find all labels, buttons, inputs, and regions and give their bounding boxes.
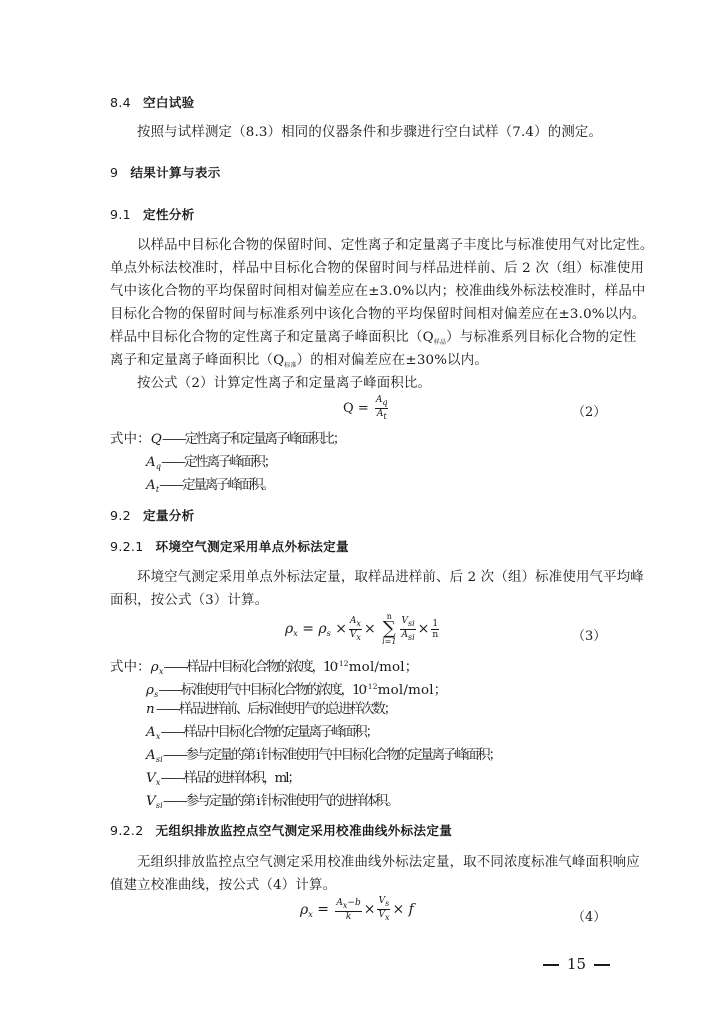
page-dash-right [594,964,610,966]
symbol: Vx [146,771,161,791]
formula-intro: 按公式（2）计算定性离子和定量离子峰面积比。 [137,376,647,392]
where-label: 式中： [110,432,151,447]
section-title: 无组织排放监控点空气测定采用校准曲线外标法定量 [156,823,453,838]
section-title: 环境空气测定采用单点外标法定量 [156,539,349,554]
equation-number-2: （2） [572,401,606,420]
unit: mol/mol； [349,660,419,675]
formula-2: Q = Aq At [343,395,390,422]
text-segment: 离子和定量离子峰面积比（Q [110,353,284,368]
times-sign: × [418,621,430,637]
section-title: 结果计算与表示 [130,165,220,180]
definition-row: Vx——样品的进样体积，ml； [146,771,656,791]
symbol: Asi [146,748,163,768]
equation-number-3: （3） [572,625,606,644]
definition-row: 式中：ρx——样品中目标化合物的浓度，10-12mol/mol； [110,656,620,680]
symbol: Q [151,432,162,448]
definition-row: Aq——定性离子峰面积； [146,455,656,475]
definition-text: ——样品中目标化合物的定量离子峰面积； [161,725,377,740]
definition-text: ——定性离子和定量离子峰面积比； [162,432,344,447]
section-heading-9: 9结果计算与表示 [110,165,620,181]
symbol: Vsi [146,794,163,814]
definition-text: ——样品进样前、后标准使用气的总进样次数； [156,702,395,717]
unit: mol/mol； [378,683,448,698]
summation: n ∑ i=1 [382,612,396,646]
document-page: 8.4空白试验 按照与试样测定（8.3）相同的仪器条件和步骤进行空白试样（7.4… [0,0,724,1024]
denominator: At [375,409,389,422]
page-number-value: 15 [567,955,586,973]
subscript-standard: 标准 [284,362,296,369]
fraction: 1 n [431,619,439,640]
definition-text: ——定性离子峰面积； [161,455,275,470]
symbol: ρs [146,683,158,703]
text-segment: 样品中目标化合物的定性离子和定量离子峰面积比（Q [110,330,434,345]
fraction: Vs Vx [377,896,390,923]
symbol: ρx [151,660,164,680]
definition-text: ——定量离子峰面积。 [159,478,273,493]
numerator: Aq [375,395,389,409]
paragraph-line: 以样品中目标化合物的保留时间、定性离子和定量离子丰度比与标准使用气对比定性。 [137,238,620,254]
times-sign: × [335,621,347,637]
section-heading-9-2: 9.2定量分析 [110,508,620,524]
fraction: Ax Vx [349,616,362,643]
superscript: -12 [365,682,378,691]
symbol: Ax [146,725,161,745]
symbol: At [146,478,159,498]
text-segment: ）的相对偏差应在±30%以内。 [297,353,488,368]
sum-lower: i=1 [382,637,396,646]
paragraph-line: 气中该化合物的平均保留时间相对偏差应在±3.0%以内；校准曲线外标法校准时，样品… [110,284,620,300]
section-number: 9.1 [110,207,131,223]
paragraph-line: 环境空气测定采用单点外标法定量，取样品进样前、后 2 次（组）标准使用气平均峰 [137,570,620,586]
paragraph-8-4: 按照与试样测定（8.3）相同的仪器条件和步骤进行空白试样（7.4）的测定。 [137,125,647,141]
fraction: Aq At [375,395,389,422]
text-segment: ）与标准系列目标化合物的定性 [446,330,636,345]
times-sign: × [364,621,376,637]
formula-lhs: Q [343,401,354,416]
section-number: 9 [110,165,118,181]
section-title: 定量分析 [143,508,195,523]
where-label: 式中： [110,660,151,675]
definition-row: ρs——标准使用气中目标化合物的浓度，10-12mol/mol； [146,679,656,703]
definition-text: ——参与定量的第 i 针标准使用气的进样体积。 [163,794,398,809]
section-number: 9.2.1 [110,539,144,555]
definition-text: ——参与定量的第 i 针标准使用气中目标化合物的定量离子峰面积； [163,748,500,763]
section-number: 9.2 [110,508,131,524]
section-heading-9-2-1: 9.2.1环境空气测定采用单点外标法定量 [110,539,620,555]
formula-equals: = [302,621,314,637]
page-dash-left [543,964,559,966]
section-number: 9.2.2 [110,823,144,839]
definition-row: Ax——样品中目标化合物的定量离子峰面积； [146,725,656,745]
definition-text: ——样品中目标化合物的浓度，10 [164,660,337,675]
section-heading-8-4: 8.4空白试验 [110,95,620,111]
formula-equals: = [317,902,329,918]
paragraph-line: 值建立校准曲线，按公式（4）计算。 [110,878,620,894]
paragraph-line: 目标化合物的保留时间与标准系列中该化合物的平均保留时间相对偏差应在±3.0%以内… [110,307,620,323]
rho-s: ρs [318,621,330,637]
paragraph-line: 离子和定量离子峰面积比（Q标准）的相对偏差应在±30%以内。 [110,353,620,374]
section-number: 8.4 [110,95,131,111]
subscript-sample: 样晶 [434,339,446,346]
formula-4: ρx = Ax−b k × Vs Vx × f [300,896,414,923]
section-heading-9-1: 9.1定性分析 [110,207,620,223]
section-title: 定性分析 [143,207,195,222]
definition-text: ——样品的进样体积，ml； [161,771,299,786]
symbol: n [146,702,156,718]
paragraph-line: 面积，按公式（3）计算。 [110,593,620,609]
definition-row: At——定量离子峰面积。 [146,478,656,498]
section-heading-9-2-2: 9.2.2无组织排放监控点空气测定采用校准曲线外标法定量 [110,823,620,839]
definition-row: 式中：Q——定性离子和定量离子峰面积比； [110,432,620,448]
formula-3: ρx = ρs × Ax Vx × n ∑ i=1 Vsi Asi × 1 n [285,612,441,646]
sigma-icon: ∑ [382,621,396,637]
superscript: -12 [336,659,349,668]
fraction: Ax−b k [335,898,361,922]
factor-f: f [409,902,414,918]
fraction: Vsi Asi [400,616,415,643]
section-title: 空白试验 [143,95,195,110]
times-sign: × [364,902,376,918]
definition-row: Vsi——参与定量的第 i 针标准使用气的进样体积。 [146,794,656,814]
formula-equals: = [358,401,369,416]
formula-lhs: ρx [300,902,313,918]
page-number: 15 [535,955,618,973]
times-sign: × [392,902,404,918]
definition-text: ——标准使用气中目标化合物的浓度，10 [158,683,365,698]
equation-number-4: （4） [572,906,606,925]
symbol: Aq [146,455,161,475]
definition-row: Asi——参与定量的第 i 针标准使用气中目标化合物的定量离子峰面积； [146,748,656,768]
paragraph-line: 无组织排放监控点空气测定采用校准曲线外标法定量，取不同浓度标准气峰面积响应 [137,855,620,871]
paragraph-line: 单点外标法校准时，样品中目标化合物的保留时间与样品进样前、后 2 次（组）标准使… [110,261,620,277]
definition-row: n——样品进样前、后标准使用气的总进样次数； [146,702,656,718]
formula-lhs: ρx [285,621,298,637]
paragraph-line: 样品中目标化合物的定性离子和定量离子峰面积比（Q样晶）与标准系列目标化合物的定性 [110,330,620,351]
